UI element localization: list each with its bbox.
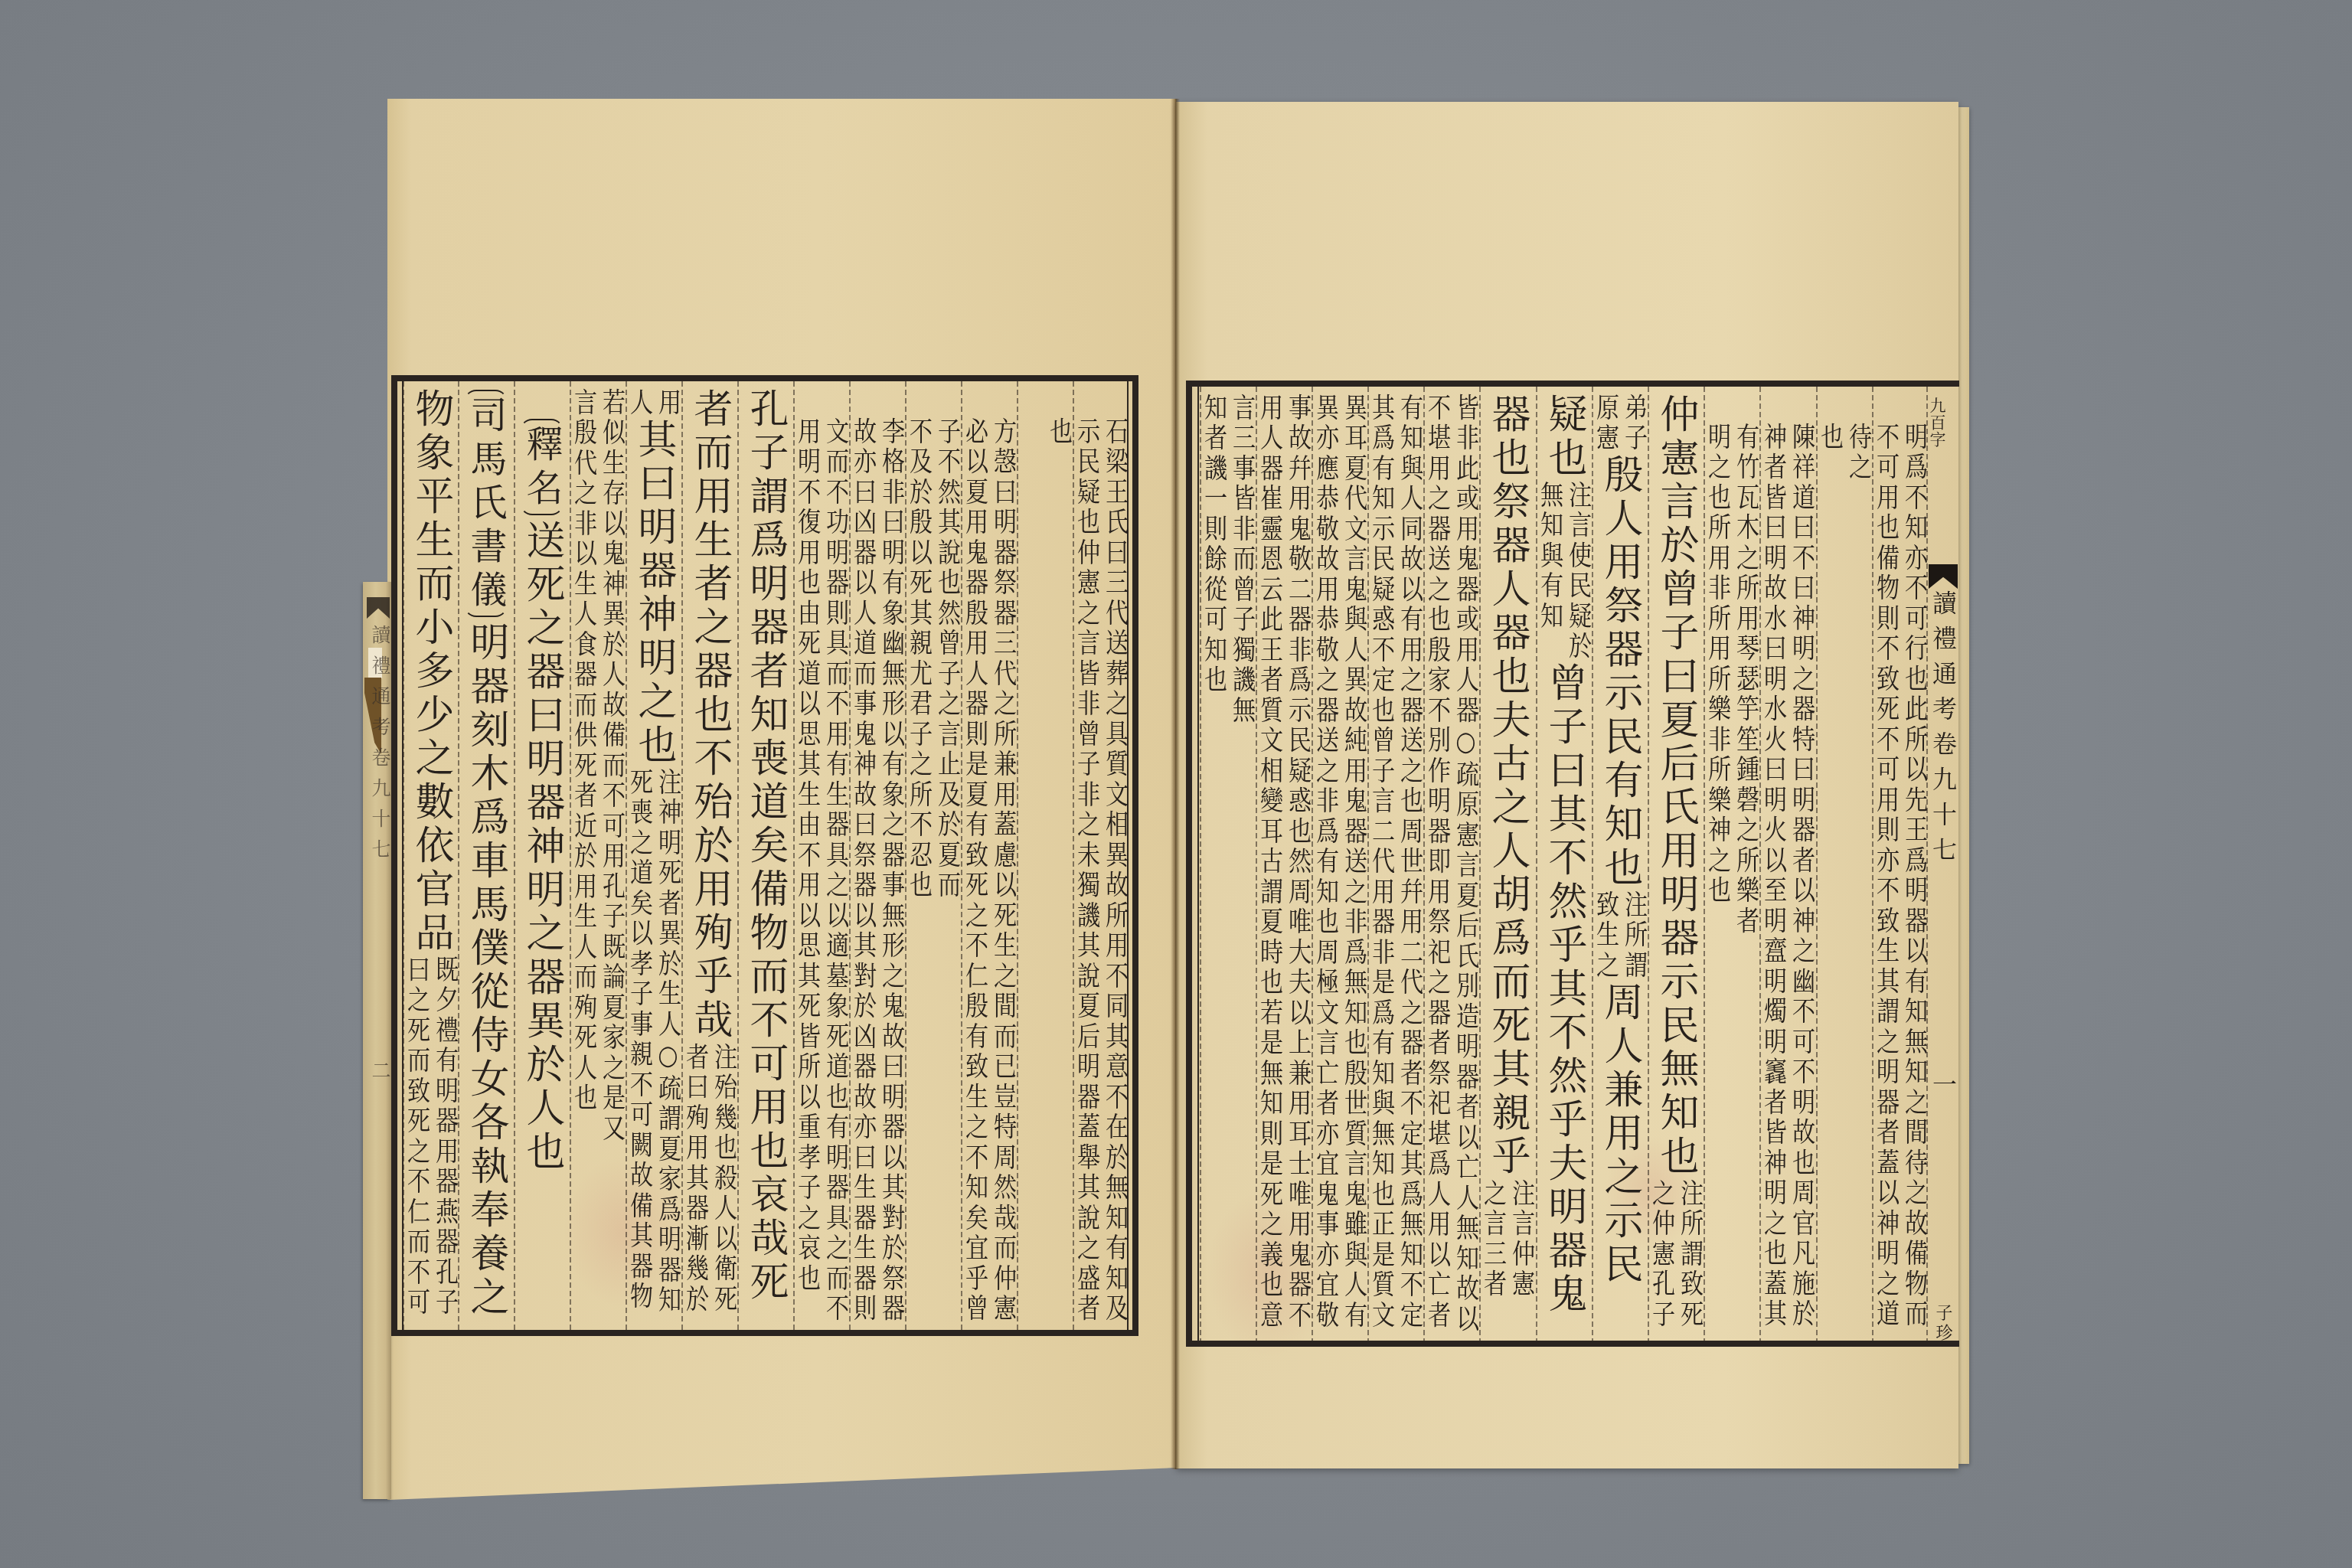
text-column: 明爲不知亦不可行也此所以先王爲明器以有知無知之間待之故備物而不可用也備物則不致死… <box>1872 387 1928 1341</box>
double-line-annotation: 注言使民疑於無知與有知 <box>1536 481 1592 662</box>
fore-edge-page-number: 二 <box>369 1060 390 1080</box>
fishtail-mark-icon <box>1929 564 1958 589</box>
annotation-right-line: 也 <box>1047 417 1070 448</box>
main-text: 者而用生者之器也不殆於用殉乎哉 <box>681 388 737 1043</box>
annotation-right-line: 明爲不知亦不可行也此所以先王爲明器以有知無知之間待之故備物而 <box>1902 423 1926 1330</box>
double-line-annotation: 既夕禮有明器用器燕器孔子曰之死而致死之不仁而不可 <box>403 955 459 1318</box>
double-line-annotation: 注神明死者異於生人○疏謂夏家爲明器知死喪之道矣以孝子事親不可闕故備其器物 <box>626 768 681 1316</box>
double-line-annotation: 有知與人同故以有用之器送之也周世幷用二代之器者不定其爲無知不定其爲有知示民疑惑不… <box>1367 394 1423 1331</box>
banxin-title: 讀禮通考卷九十七 <box>1928 590 1958 872</box>
banxin: 九百字 讀禮通考卷九十七 一 子珍 <box>1928 387 1958 1341</box>
double-line-annotation: 方愨曰明器祭器三代之所兼用蓋慮以死生之間而已豈特周然哉而仲憲必以夏用鬼器殷用人器… <box>961 417 1017 1325</box>
double-line-annotation: 弟子原憲 <box>1592 394 1648 454</box>
annotation-right-line: 注言使民疑於 <box>1566 481 1589 662</box>
double-line-annotation: 事故幷用鬼敬二器非爲示民疑惑也然周唯大夫以上兼用耳士唯用鬼器不用人器崔靈恩云此王… <box>1256 394 1312 1331</box>
annotation-right-line: 注所謂致死 <box>1677 1179 1701 1331</box>
text-column: 有知與人同故以有用之器送之也周世幷用二代之器者不定其爲無知不定其爲有知示民疑惑不… <box>1367 387 1423 1341</box>
text-column: 石梁王氏曰三代送葬之具質文相異故所用不同其意不在於無知有知及示民疑也仲憲之言皆非… <box>1073 381 1129 1330</box>
annotation-left-line: 故亦曰凶器以人道而事鬼神故曰祭器以其對於凶器故亦曰生器生器則 <box>851 417 875 1325</box>
double-line-annotation: 異耳夏代文言鬼與人異故純用鬼器送之非爲無知也殷世質言鬼雖與人有異亦應恭敬故用恭敬… <box>1312 394 1367 1331</box>
fishtail-mark-icon <box>367 597 390 619</box>
annotation-left-line: 不堪用之器送之也殷家不別作明器即用祭祀之器者祭祀堪爲人用以亡者 <box>1426 394 1449 1335</box>
main-text: 器也祭器人器也夫古之人胡爲而死其親乎 <box>1479 394 1535 1179</box>
double-line-annotation: 子不然其說也然曾子之言止及於夏而不及於殷以死其親尤君子之所不忍也 <box>905 417 961 901</box>
text-column: 器也祭器人器也夫古之人胡爲而死其親乎 注言仲憲之言三者 <box>1479 387 1535 1341</box>
annotation-right-line: 注殆幾也殺人以衛死 <box>711 1043 735 1315</box>
annotation-left-line: 必以夏用鬼器殷用人器則是夏有致死之不仁殷有致生之不知矣宜乎曾 <box>963 417 987 1325</box>
double-line-annotation: 注殆幾也殺人以衛死者曰殉用其器漸幾於 <box>681 1043 737 1315</box>
text-column: 仲憲言於曾子曰夏后氏用明器示民無知也 注所謂致死之仲憲孔子 <box>1648 387 1704 1341</box>
volume-number: 卷九十七 <box>1929 731 1958 872</box>
annotation-left-line: 人 <box>628 388 652 419</box>
frame-inner-rule <box>1197 387 1199 1341</box>
double-line-annotation: 用人 <box>626 388 681 419</box>
annotation-left-line: 者曰殉用其器漸幾於 <box>684 1043 707 1315</box>
annotation-left-line: 不可用也備物則不致死不可用則亦不致生其謂之明器者蓋以神明之道 <box>1874 423 1898 1330</box>
double-line-annotation: 注言仲憲之言三者 <box>1479 1179 1535 1300</box>
text-column: 待之也 <box>1816 387 1872 1341</box>
annotation-left-line: 知者譏一則餘從可知也 <box>1202 394 1226 727</box>
fore-edge-title: 讀禮通考卷九十七 <box>369 625 390 870</box>
annotation-right-line: 李格非曰明有象幽無形以有象之器事無形之鬼故曰明器以其對於祭器 <box>879 417 903 1325</box>
annotation-left-line: 用人器崔靈恩云此王者質文相變耳古謂夏時也若是無知則是死之義也意 <box>1258 394 1282 1331</box>
banxin-char-count: 九百字 <box>1928 397 1946 448</box>
main-text: 曾子曰其不然乎其不然乎夫明器鬼 <box>1536 662 1592 1317</box>
text-column: 者而用生者之器也不殆於用殉乎哉 注殆幾也殺人以衛死者曰殉用其器漸幾於 <box>681 381 737 1330</box>
main-text: 殷人用祭器示民有知也 <box>1592 454 1648 890</box>
annotation-left-line: 致生之 <box>1594 890 1618 982</box>
main-text: 仲憲言於曾子曰夏后氏用明器示民無知也 <box>1648 394 1704 1179</box>
double-line-annotation: 注所謂致生之 <box>1592 890 1648 982</box>
annotation-right-line: 有竹瓦木之所用琴瑟竽笙鍾磬之所樂者 <box>1733 423 1757 937</box>
source-title-bracket: 釋名 <box>520 419 563 515</box>
annotation-right-line: 用 <box>655 388 679 419</box>
annotation-right-line: 文而不功明器則具而不用有生器具之以適墓象死道也有明器具之而不 <box>823 417 847 1325</box>
double-line-annotation: 若似生存以鬼神異於人故備而不可用孔子既論夏家之是又言殷代之非以生人食器而供死者近… <box>570 388 626 1145</box>
text-column: 釋名 送死之器曰明器神明之器異於人也 <box>514 381 570 1330</box>
annotation-left-line: 無知與有知 <box>1538 481 1562 662</box>
annotation-right-line: 待之 <box>1846 423 1870 483</box>
annotation-left-line: 原憲 <box>1594 394 1618 454</box>
text-column: 皆非此或用鬼器或用人器○疏原憲言夏后氏別造明器者以亡人無知故以不堪用之器送之也殷… <box>1423 387 1479 1341</box>
text-column: 弟子原憲 殷人用祭器示民有知也 注所謂致生之 周人兼用之示民 <box>1592 387 1648 1341</box>
left-fore-edge: 讀禮通考卷九十七 二 <box>363 582 391 1499</box>
main-text: 孔子謂爲明器者知喪道矣備物而不可用也哀哉死 <box>737 388 793 1305</box>
annotation-left-line: 死喪之道矣以孝子事親不可闕故備其器物 <box>628 768 652 1316</box>
double-line-annotation: 石梁王氏曰三代送葬之具質文相異故所用不同其意不在於無知有知及示民疑也仲憲之言皆非… <box>1073 417 1129 1325</box>
text-column: 言三事皆非而曾子獨譏無知者譏一則餘從可知也 <box>1200 387 1256 1341</box>
annotation-left-line: 曰之死而致死之不仁而不可 <box>405 955 429 1318</box>
double-line-annotation: 注所謂致死之仲憲孔子 <box>1648 1179 1704 1331</box>
annotation-right-line: 言三事皆非而曾子獨譏無 <box>1230 394 1253 727</box>
annotation-right-line: 若似生存以鬼神異於人故備而不可用孔子既論夏家之是又 <box>599 388 623 1145</box>
annotation-right-line: 既夕禮有明器用器燕器孔子 <box>433 955 456 1318</box>
book-title: 讀禮通考 <box>1929 590 1958 731</box>
main-text: 物象平生而小多少之數依官品 <box>403 388 459 955</box>
double-line-annotation: 李格非曰明有象幽無形以有象之器事無形之鬼故曰明器以其對於祭器故亦曰凶器以人道而事… <box>849 417 905 1325</box>
text-column: 物象平生而小多少之數依官品 既夕禮有明器用器燕器孔子曰之死而致死之不仁而不可 <box>403 381 459 1330</box>
text-column: 司馬氏書儀 明器刻木爲車馬僕從侍女各執奉養之 <box>458 381 514 1330</box>
annotation-left-line <box>1019 417 1043 448</box>
text-column: 文而不功明器則具而不用有生器具之以適墓象死道也有明器具之而不用明不復用也由死道以… <box>793 381 849 1330</box>
annotation-right-line: 子不然其說也然曾子之言止及於夏而 <box>935 417 959 901</box>
main-text: 明器刻木爲車馬僕從侍女各執奉養之 <box>458 622 514 1320</box>
annotation-left-line: 也 <box>1818 423 1842 483</box>
annotation-right-line: 陳祥道曰不曰神明之器特曰明器者以神之幽不可不明故也周官凡施於 <box>1789 423 1813 1330</box>
main-text: 疑也 <box>1536 394 1592 481</box>
double-line-annotation: 文而不功明器則具而不用有生器具之以適墓象死道也有明器具之而不用明不復用也由死道以… <box>793 417 849 1325</box>
main-text: 送死之器曰明器神明之器異於人也 <box>514 520 570 1174</box>
text-column: 有竹瓦木之所用琴瑟竽笙鍾磬之所樂者明之也所用非所用所樂非所樂神之也 <box>1704 387 1759 1341</box>
double-line-annotation: 明爲不知亦不可行也此所以先王爲明器以有知無知之間待之故備物而不可用也備物則不致死… <box>1872 423 1928 1330</box>
annotation-left-line: 明之也所用非所用所樂非所樂神之也 <box>1706 423 1730 937</box>
annotation-left-line: 神者皆曰明故水曰明水火曰明火以至明齍明燭明竁者皆神明之也蓋其 <box>1762 423 1785 1330</box>
annotation-right-line: 皆非此或用鬼器或用人器○疏原憲言夏后氏別造明器者以亡人無知故以 <box>1453 394 1477 1335</box>
text-column: 方愨曰明器祭器三代之所兼用蓋慮以死生之間而已豈特周然哉而仲憲必以夏用鬼器殷用人器… <box>961 381 1017 1330</box>
annotation-left-line: 異亦應恭敬故用恭敬之器送之非爲有知也周極文言亡者亦宜鬼事亦宜敬 <box>1314 394 1338 1331</box>
book-gutter <box>1171 99 1180 1469</box>
annotation-right-line: 異耳夏代文言鬼與人異故純用鬼器送之非爲無知也殷世質言鬼雖與人有 <box>1341 394 1365 1331</box>
double-line-annotation: 陳祥道曰不曰神明之器特曰明器者以神之幽不可不明故也周官凡施於神者皆曰明故水曰明水… <box>1759 423 1815 1330</box>
source-title-bracket: 司馬氏書儀 <box>464 390 508 617</box>
double-line-annotation: 言三事皆非而曾子獨譏無知者譏一則餘從可知也 <box>1200 394 1256 727</box>
double-line-annotation: 也 <box>1017 417 1073 448</box>
annotation-right-line: 方愨曰明器祭器三代之所兼用蓋慮以死生之間而已豈特周然哉而仲憲 <box>991 417 1014 1325</box>
annotation-left-line: 言殷代之非以生人食器而供死者近於用生人而殉死人也 <box>572 388 596 1145</box>
annotation-right-line: 事故幷用鬼敬二器非爲示民疑惑也然周唯大夫以上兼用耳士唯用鬼器不 <box>1285 394 1309 1331</box>
annotation-left-line: 其爲有知示民疑惑不定也曾子言二代用器非是爲有知與無知也正是質文 <box>1370 394 1393 1331</box>
annotation-right-line: 注言仲憲 <box>1509 1179 1533 1300</box>
annotation-left-line: 之言三者 <box>1481 1179 1505 1300</box>
annotation-left-line: 不及於殷以死其親尤君子之所不忍也 <box>907 417 931 901</box>
double-line-annotation: 皆非此或用鬼器或用人器○疏原憲言夏后氏別造明器者以亡人無知故以不堪用之器送之也殷… <box>1423 394 1479 1335</box>
annotation-left-line: 之仲憲孔子 <box>1650 1179 1674 1331</box>
double-line-annotation: 有竹瓦木之所用琴瑟竽笙鍾磬之所樂者明之也所用非所用所樂非所樂神之也 <box>1704 423 1759 937</box>
annotation-right-line: 注神明死者異於生人○疏謂夏家爲明器知 <box>655 768 679 1316</box>
main-text: 周人兼用之示民 <box>1592 982 1648 1287</box>
text-column: 陳祥道曰不曰神明之器特曰明器者以神之幽不可不明故也周官凡施於神者皆曰明故水曰明水… <box>1759 387 1815 1341</box>
annotation-right-line: 注所謂 <box>1622 890 1645 982</box>
text-column: 事故幷用鬼敬二器非爲示民疑惑也然周唯大夫以上兼用耳士唯用鬼器不用人器崔靈恩云此王… <box>1256 387 1312 1341</box>
double-line-annotation: 待之也 <box>1816 423 1872 483</box>
text-column: 用人 其曰明器神明之也 注神明死者異於生人○疏謂夏家爲明器知死喪之道矣以孝子事親… <box>626 381 681 1330</box>
text-column: 李格非曰明有象幽無形以有象之器事無形之鬼故曰明器以其對於祭器故亦曰凶器以人道而事… <box>849 381 905 1330</box>
text-column: 也 <box>1017 381 1073 1330</box>
main-text: 其曰明器神明之也 <box>626 419 681 768</box>
page-number: 一 <box>1928 1072 1958 1096</box>
annotation-left-line: 用明不復用也由死道以思其生由不用以思其死皆所以重孝子之哀也 <box>795 417 819 1325</box>
text-column: 若似生存以鬼神異於人故備而不可用孔子既論夏家之是又言殷代之非以生人食器而供死者近… <box>570 381 626 1330</box>
text-column: 子不然其說也然曾子之言止及於夏而不及於殷以死其親尤君子之所不忍也 <box>905 381 961 1330</box>
annotation-left-line: 示民疑也仲憲之言皆非曾子非之未獨譏其說夏后明器蓋舉其說之盛者 <box>1075 417 1099 1325</box>
annotation-right-line: 有知與人同故以有用之器送之也周世幷用二代之器者不定其爲無知不定 <box>1397 394 1421 1331</box>
annotation-right-line: 弟子 <box>1622 394 1645 454</box>
text-column: 異耳夏代文言鬼與人異故純用鬼器送之非爲無知也殷世質言鬼雖與人有異亦應恭敬故用恭敬… <box>1312 387 1367 1341</box>
text-column: 孔子謂爲明器者知喪道矣備物而不可用也哀哉死 <box>737 381 793 1330</box>
carver-name: 子珍 <box>1931 1304 1954 1344</box>
text-column: 疑也 注言使民疑於無知與有知 曾子曰其不然乎其不然乎夫明器鬼 <box>1536 387 1592 1341</box>
annotation-right-line: 石梁王氏曰三代送葬之具質文相異故所用不同其意不在於無知有知及 <box>1102 417 1126 1325</box>
